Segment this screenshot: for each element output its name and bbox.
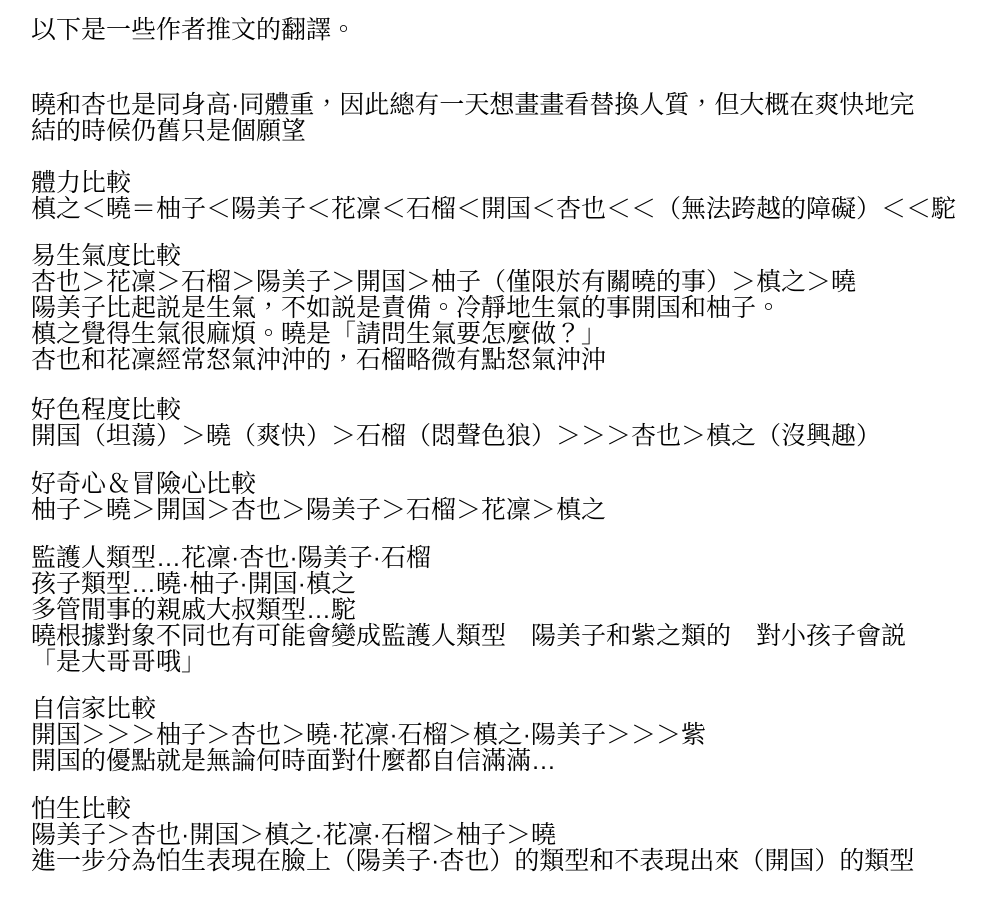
section-heading: 自信家比較	[31, 696, 1000, 722]
section-physical-strength: 體力比較 槙之＜曉＝柚子＜陽美子＜花凜＜石榴＜開国＜杏也＜＜（無法跨越的障礙）＜…	[31, 170, 1000, 222]
text-line: 杏也和花凜經常怒氣沖沖的，石榴略微有點怒氣沖沖	[31, 347, 1000, 373]
text-line: 「是大哥哥哦」	[31, 649, 1000, 675]
text-line: 杏也＞花凜＞石榴＞陽美子＞開国＞柚子（僅限於有關曉的事）＞槙之＞曉	[31, 269, 1000, 295]
section-curiosity: 好奇心＆冒險心比較 柚子＞曉＞開国＞杏也＞陽美子＞石榴＞花凜＞槙之	[31, 471, 1000, 523]
section-intro: 以下是一些作者推文的翻譯。	[31, 17, 1000, 43]
text-line: 曉根據對象不同也有可能會變成監護人類型 陽美子和紫之類的 對小孩子會説	[31, 623, 1000, 649]
text-line: 槙之＜曉＝柚子＜陽美子＜花凜＜石榴＜開国＜杏也＜＜（無法跨越的障礙）＜＜駝	[31, 196, 1000, 222]
text-line: 開国（坦蕩）＞曉（爽快）＞石榴（悶聲色狼）＞＞＞杏也＞槙之（沒興趣）	[31, 423, 1000, 449]
intro-text: 以下是一些作者推文的翻譯。	[31, 17, 1000, 43]
translation-document: 以下是一些作者推文的翻譯。 曉和杏也是同身高·同體重，因此總有一天想畫畫看替換人…	[0, 0, 1000, 900]
section-lewdness: 好色程度比較 開国（坦蕩）＞曉（爽快）＞石榴（悶聲色狼）＞＞＞杏也＞槙之（沒興趣…	[31, 397, 1000, 449]
text-line: 結的時候仍舊只是個願望	[31, 118, 1000, 144]
text-line: 進一步分為怕生表現在臉上（陽美子·杏也）的類型和不表現出來（開国）的類型	[31, 848, 1000, 874]
text-line: 陽美子＞杏也·開国＞槙之·花凜·石榴＞柚子＞曉	[31, 822, 1000, 848]
text-line: 柚子＞曉＞開国＞杏也＞陽美子＞石榴＞花凜＞槙之	[31, 497, 1000, 523]
section-heading: 好色程度比較	[31, 397, 1000, 423]
section-heading: 好奇心＆冒險心比較	[31, 471, 1000, 497]
section-confidence: 自信家比較 開国＞＞＞柚子＞杏也＞曉·花凜·石榴＞槙之·陽美子＞＞＞紫 開国的優…	[31, 696, 1000, 774]
text-line: 陽美子比起説是生氣，不如説是責備。冷靜地生氣的事開国和柚子。	[31, 295, 1000, 321]
text-line: 多管閒事的親戚大叔類型…駝	[31, 597, 1000, 623]
text-line: 孩子類型…曉·柚子·開国·槙之	[31, 571, 1000, 597]
text-line: 槙之覺得生氣很麻煩。曉是「請問生氣要怎麼做？」	[31, 321, 1000, 347]
section-heading: 怕生比較	[31, 796, 1000, 822]
section-temper: 易生氣度比較 杏也＞花凜＞石榴＞陽美子＞開国＞柚子（僅限於有關曉的事）＞槙之＞曉…	[31, 243, 1000, 373]
text-line: 開国的優點就是無論何時面對什麼都自信滿滿…	[31, 748, 1000, 774]
section-shyness: 怕生比較 陽美子＞杏也·開国＞槙之·花凜·石榴＞柚子＞曉 進一步分為怕生表現在臉…	[31, 796, 1000, 874]
text-line: 曉和杏也是同身高·同體重，因此總有一天想畫畫看替換人質，但大概在爽快地完	[31, 92, 1000, 118]
section-heading: 易生氣度比較	[31, 243, 1000, 269]
text-line: 監護人類型…花凜·杏也·陽美子·石榴	[31, 545, 1000, 571]
section-height-weight-note: 曉和杏也是同身高·同體重，因此總有一天想畫畫看替換人質，但大概在爽快地完 結的時…	[31, 92, 1000, 144]
section-heading: 體力比較	[31, 170, 1000, 196]
section-guardian-types: 監護人類型…花凜·杏也·陽美子·石榴 孩子類型…曉·柚子·開国·槙之 多管閒事的…	[31, 545, 1000, 675]
text-line: 開国＞＞＞柚子＞杏也＞曉·花凜·石榴＞槙之·陽美子＞＞＞紫	[31, 722, 1000, 748]
